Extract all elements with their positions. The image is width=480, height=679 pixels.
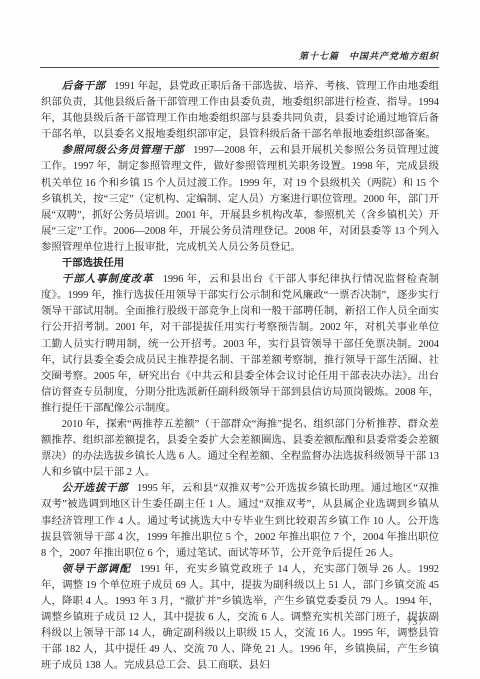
paragraph-text-civil-servant-mgmt: 1997—2008 年，云和县开展机关参照公务员管理过渡工作。1997 年，制定… [41, 145, 439, 253]
paragraph-lead-civil-servant-mgmt: 参照同级公务员管理干部 [62, 145, 184, 156]
paragraph-personnel-reform: 干部人事制度改革1996 年，云和县出台《干部人事纪律执行情况监督检查制度》。1… [41, 272, 439, 417]
paragraph-text-cadre-deployment: 1991 年，充实乡镇党政班子 14 人，充实部门领导 26 人。1992 年，… [41, 564, 439, 672]
paragraph-open-selection: 公开选拔干部1995 年，云和县“双推双考”公开选拔乡镇长助理。通过地区“双推双… [41, 481, 439, 561]
book-page: 第十七篇 中国共产党地方组织 后备干部1991 年起，县党政正职后备干部选拔、培… [0, 0, 480, 679]
page-number: 737 [407, 618, 424, 628]
paragraph-text-personnel-reform: 1996 年，云和县出台《干部人事纪律执行情况监督检查制度》。1999 年，推行… [41, 274, 439, 414]
paragraph-reserve-cadres: 后备干部1991 年起，县党政正职后备干部选拔、培养、考核、管理工作由地委组织部… [41, 79, 439, 143]
paragraph-lead-personnel-reform: 干部人事制度改革 [62, 274, 154, 285]
header-rule [40, 67, 439, 68]
page-body: 后备干部1991 年起，县党政正职后备干部选拔、培养、考核、管理工作由地委组织部… [41, 79, 439, 674]
paragraph-civil-servant-mgmt: 参照同级公务员管理干部1997—2008 年，云和县开展机关参照公务员管理过渡工… [41, 143, 439, 256]
paragraph-lead-open-selection: 公开选拔干部 [62, 483, 128, 494]
paragraph-cadre-deployment: 领导干部调配1991 年，充实乡镇党政班子 14 人，充实部门领导 26 人。1… [41, 562, 439, 675]
running-header: 第十七篇 中国共产党地方组织 [40, 49, 439, 62]
paragraph-text-open-selection: 1995 年，云和县“双推双考”公开选拔乡镇长助理。通过地区“双推双考”被选调到… [41, 483, 439, 558]
section-heading-cadre-selection: 干部选拔任用 [41, 256, 439, 272]
paragraph-text-2010-selection: 2010 年，探索“两推荐五差额”（干部群众“海推”提名、组织部门分析推荐、群众… [41, 419, 439, 478]
paragraph-lead-reserve-cadres: 后备干部 [62, 81, 106, 92]
paragraph-2010-selection: 2010 年，探索“两推荐五差额”（干部群众“海推”提名、组织部门分析推荐、群众… [41, 417, 439, 481]
paragraph-lead-cadre-deployment: 领导干部调配 [62, 564, 131, 575]
